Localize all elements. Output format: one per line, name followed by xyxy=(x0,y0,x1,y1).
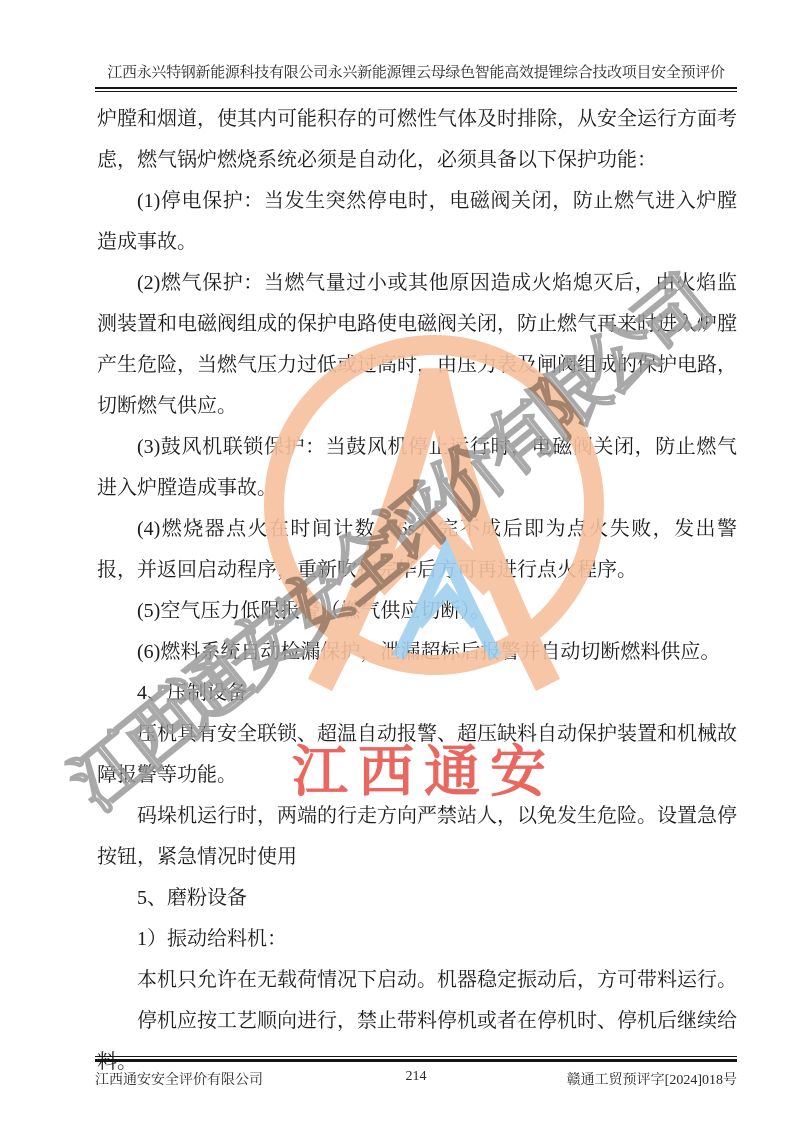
paragraph: 4、压制设备 xyxy=(97,673,737,714)
page-footer: 江西通安安全评价有限公司 214 赣通工贸预评字[2024]018号 xyxy=(95,1056,737,1089)
paragraph: 炉膛和烟道，使其内可能积存的可燃性气体及时排除，从安全运行方面考虑，燃气锅炉燃烧… xyxy=(97,99,737,181)
footer-rule-thick xyxy=(95,1059,737,1062)
paragraph: (1)停电保护：当发生突然停电时，电磁阀关闭，防止燃气进入炉膛造成事故。 xyxy=(97,181,737,263)
paragraph: 压机具有安全联锁、超温自动报警、超压缺料自动保护装置和机械故障报警等功能。 xyxy=(97,714,737,796)
paragraph: 码垛机运行时，两端的行走方向严禁站人，以免发生危险。设置急停按钮，紧急情况时使用 xyxy=(97,796,737,878)
footer-row: 江西通安安全评价有限公司 214 赣通工贸预评字[2024]018号 xyxy=(95,1069,737,1089)
paragraph: 1）振动给料机： xyxy=(97,919,737,960)
page-header: 江西永兴特钢新能源科技有限公司永兴新能源锂云母绿色智能高效提锂综合技改项目安全预… xyxy=(95,63,737,92)
header-rule-thin xyxy=(95,91,737,92)
header-title: 江西永兴特钢新能源科技有限公司永兴新能源锂云母绿色智能高效提锂综合技改项目安全预… xyxy=(95,63,737,83)
paragraph: (5)空气压力低限报警（燃气供应切断）。 xyxy=(97,591,737,632)
paragraph: (4)燃烧器点火在时间计数（6s）完不成后即为点火失败，发出警报，并返回启动程序… xyxy=(97,509,737,591)
paragraph: 5、磨粉设备 xyxy=(97,878,737,919)
document-page: 江西永兴特钢新能源科技有限公司永兴新能源锂云母绿色智能高效提锂综合技改项目安全预… xyxy=(0,0,800,1131)
paragraph: (2)燃气保护：当燃气量过小或其他原因造成火焰熄灭后，由火焰监测装置和电磁阀组成… xyxy=(97,263,737,427)
paragraph: (6)燃料系统自动检漏保护，泄漏超标后报警并自动切断燃料供应。 xyxy=(97,632,737,673)
paragraph: (3)鼓风机联锁保护：当鼓风机停止运行时，电磁阀关闭，防止燃气进入炉膛造成事故。 xyxy=(97,427,737,509)
footer-page-number: 214 xyxy=(95,1069,737,1085)
paragraph: 本机只允许在无载荷情况下启动。机器稳定振动后，方可带料运行。 xyxy=(97,960,737,1001)
body-paragraphs: 炉膛和烟道，使其内可能积存的可燃性气体及时排除，从安全运行方面考虑，燃气锅炉燃烧… xyxy=(97,99,737,1083)
